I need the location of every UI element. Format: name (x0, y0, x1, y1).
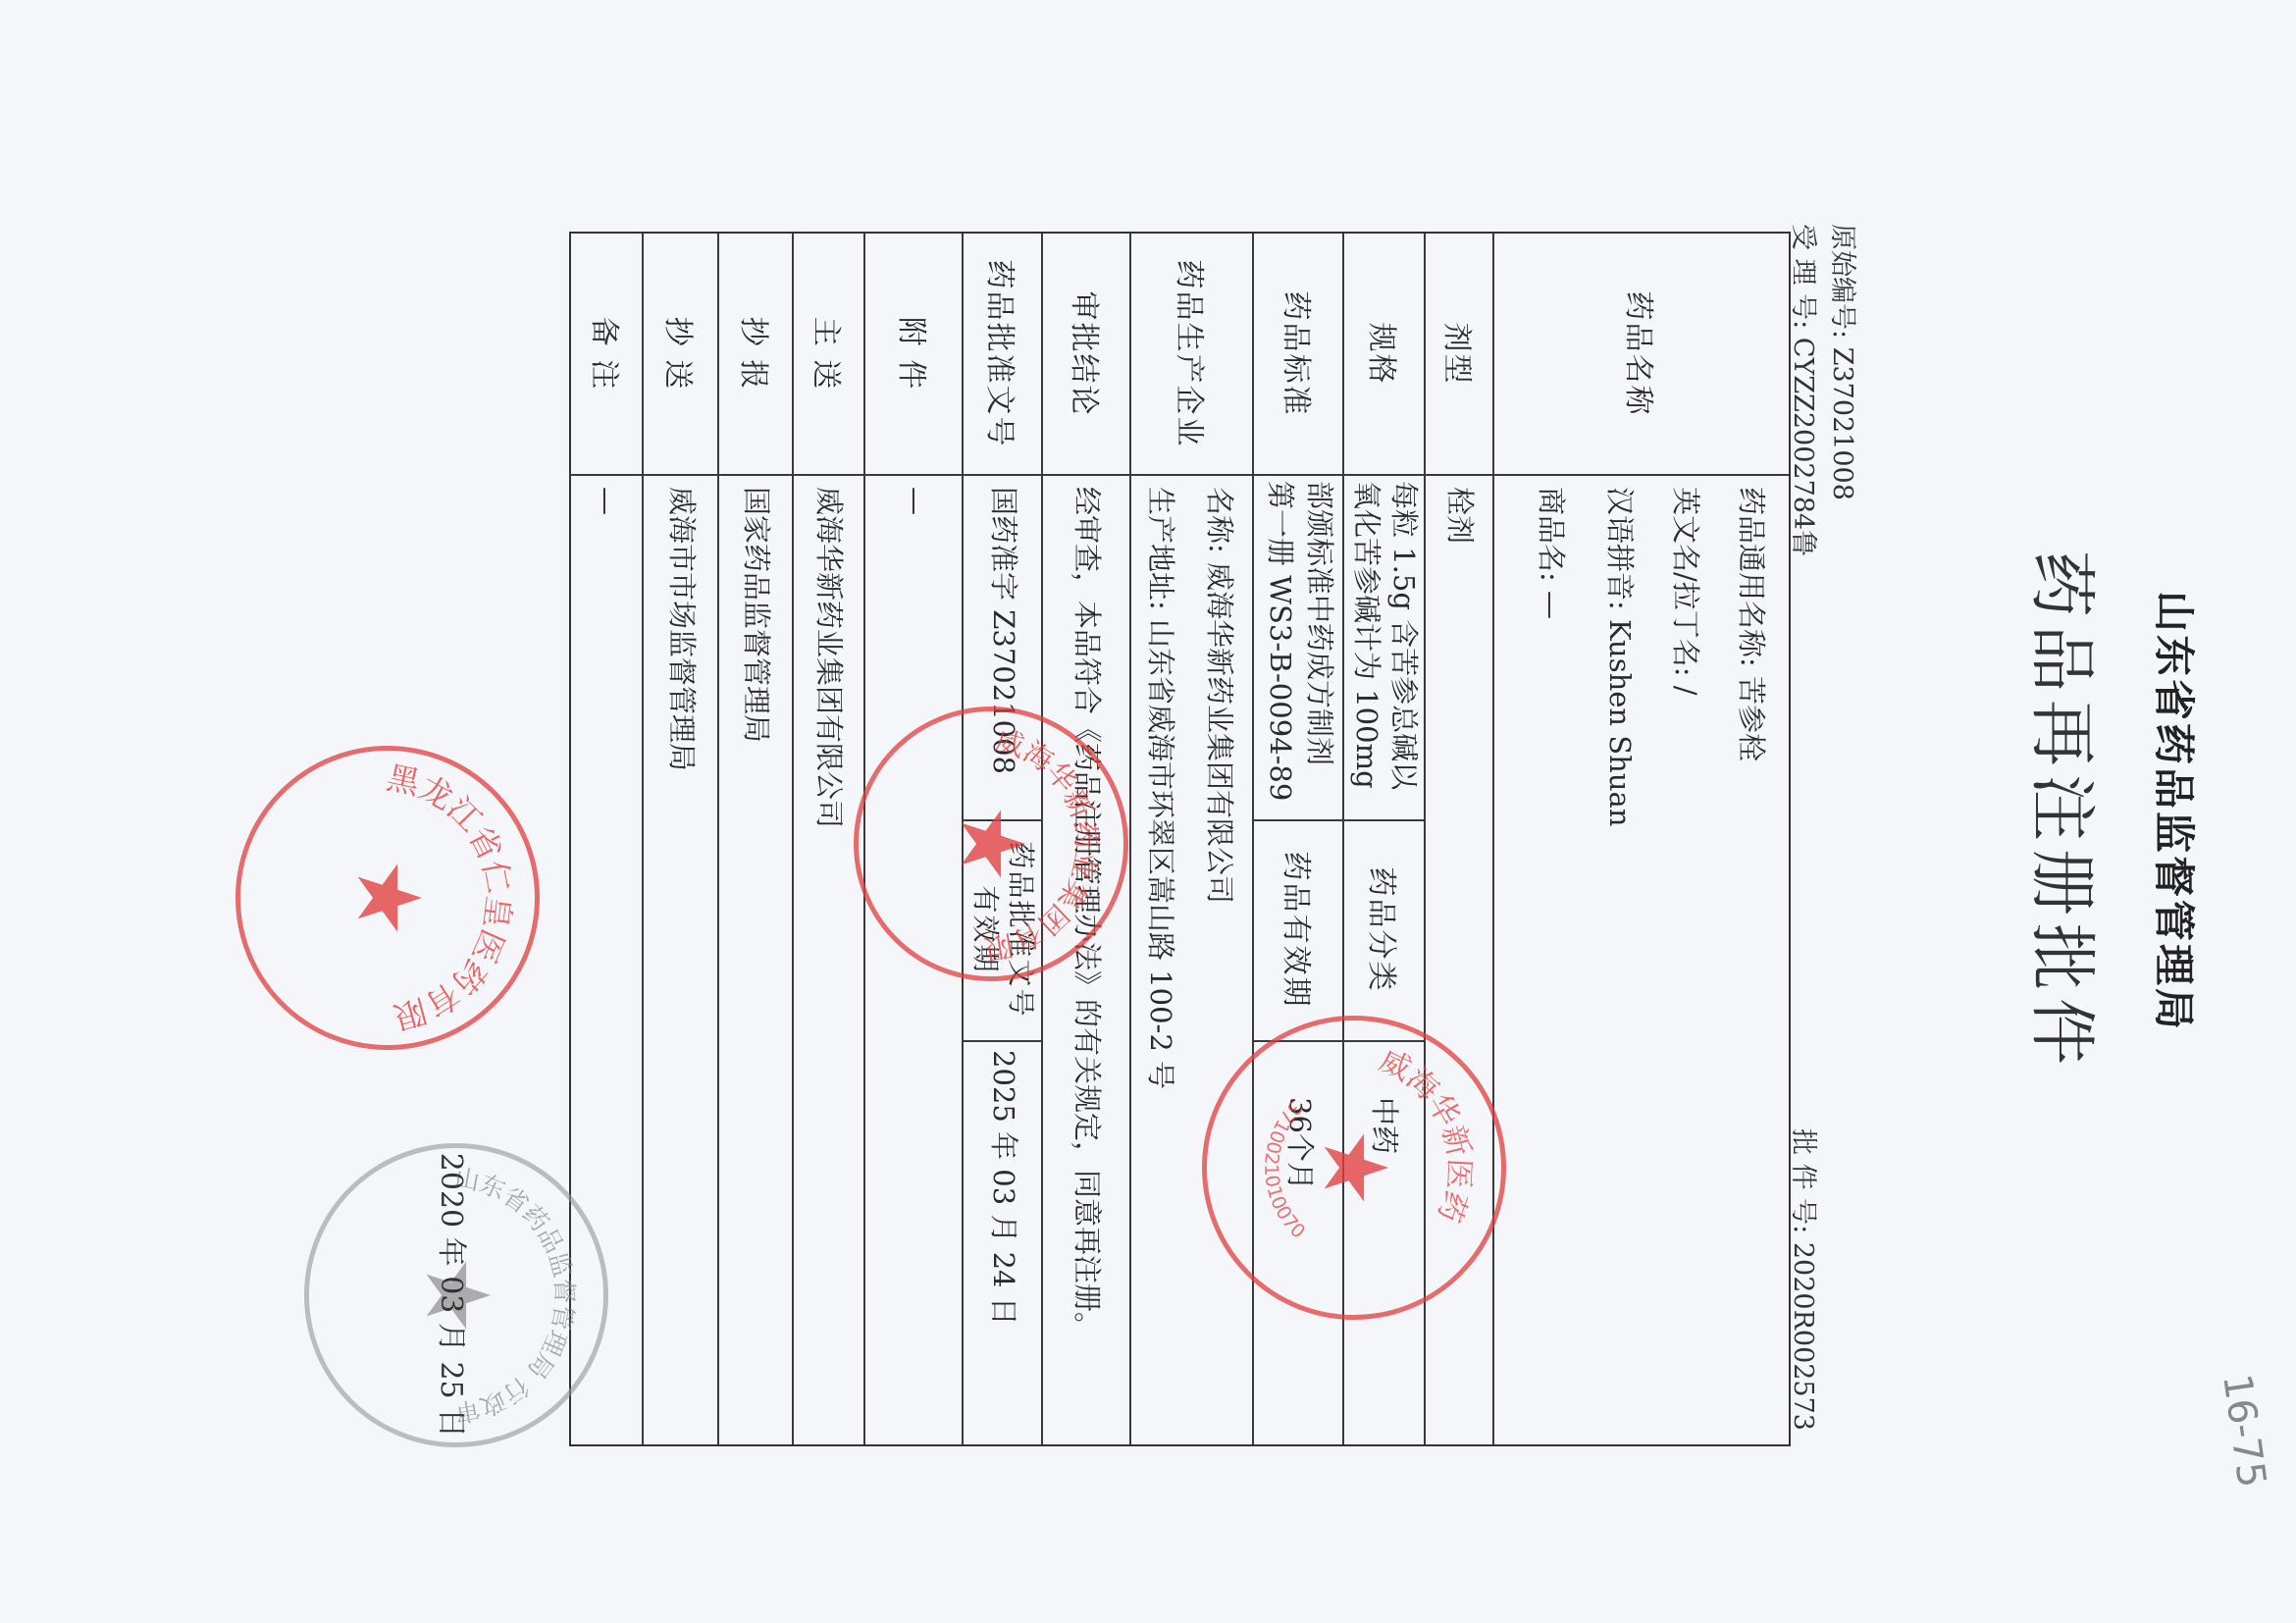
label-attachment: 附 件 (865, 234, 964, 474)
label-main-recipient: 主 送 (794, 234, 865, 474)
distributor-seal-text: 黑龙江省仁皇医药有限公司 (384, 751, 535, 1037)
english-latin-name: 英文名/拉丁名: / (1666, 487, 1705, 696)
manufacturer-seal-text: 威海华新药业集团有限公司 (982, 711, 1123, 966)
label-manufacturer: 药品生产企业 (1131, 234, 1254, 474)
label-drug-name: 药品名称 (1494, 234, 1789, 474)
copy-to-value: 威海市市场监督管理局 (662, 487, 702, 771)
pinyin-name: 汉语拼音: Kushen Shuan (1600, 487, 1640, 827)
main-recipient-value: 威海华新药业集团有限公司 (809, 487, 849, 828)
svg-text:黑龙江省仁皇医药有限公司: 黑龙江省仁皇医药有限公司 (384, 751, 535, 1037)
remarks-value: — (587, 487, 626, 515)
seal-text-ring: 威海华新药业集团有限公司 (859, 711, 1123, 976)
label-value-divider (571, 474, 1789, 476)
pharma-seal-text: 威海华新医药 (1374, 1043, 1477, 1227)
distributor-seal: ★ 黑龙江省仁皇医药有限公司 (235, 746, 540, 1050)
inner-divider (964, 1040, 1043, 1042)
svg-text:3710021010070: 3710021010070 (1260, 1096, 1310, 1243)
acceptance-number-value: CYZZ2002784鲁 (1788, 338, 1818, 556)
label-dosage-form: 剂型 (1426, 234, 1494, 474)
standard-line1: 部颁标准中药成方制剂 (1300, 481, 1339, 765)
manufacturer-address: 生产地址: 山东省威海市环翠区嵩山路 100-2 号 (1141, 487, 1180, 1089)
label-drug-category: 药品分类 (1344, 819, 1426, 1040)
svg-text:威海华新药业集团有限公司: 威海华新药业集团有限公司 (982, 711, 1123, 966)
report-to-value: 国家药品监督管理局 (737, 487, 776, 743)
label-conclusion: 审批结论 (1043, 234, 1131, 474)
approval-validity-value: 2025 年 03 月 24 日 (984, 1050, 1023, 1326)
specification-line2: 氧化苦参碱计为 100mg (1347, 481, 1386, 789)
issue-date: 2020 年 03 月 25 日 (433, 1143, 476, 1447)
original-number-value: Z37021008 (1827, 347, 1857, 500)
original-number-label: 原始编号: (1827, 224, 1857, 339)
manufacturer-name: 名称: 威海华新药业集团有限公司 (1200, 487, 1239, 904)
label-shelf-life: 药品有效期 (1254, 819, 1344, 1040)
handwritten-note: 16-75 (2214, 1371, 2274, 1491)
seal-text-ring: 威海华新医药 3710021010070 (1207, 1021, 1501, 1315)
pharma-seal: ★ 威海华新医药 3710021010070 (1202, 1016, 1506, 1320)
standard-line2: 第一册 WS3-B-0094-89 (1261, 481, 1300, 801)
specification-line1: 每粒 1.5g 含苦参总碱以 (1384, 481, 1424, 790)
pharma-seal-code: 3710021010070 (1260, 1096, 1310, 1243)
label-remarks: 备 注 (571, 234, 644, 474)
label-copy-to: 抄 送 (644, 234, 719, 474)
approval-doc-number-label: 批 件 号: (1788, 1128, 1818, 1233)
document-page: 山东省药品监督管理局 药品再注册批件 原始编号: Z37021008 受 理 号… (0, 0, 2296, 1623)
document-title: 药品再注册批件 (2019, 0, 2114, 1623)
seal-text-ring: 黑龙江省仁皇医药有限公司 (240, 751, 535, 1045)
label-specification: 规格 (1344, 234, 1426, 474)
label-report-to: 抄 报 (719, 234, 794, 474)
issuing-agency: 山东省药品监督管理局 (2147, 0, 2206, 1623)
generic-name: 药品通用名称: 苦参栓 (1732, 487, 1771, 761)
svg-text:威海华新医药: 威海华新医药 (1374, 1043, 1477, 1227)
approval-doc-number-value: 2020R002573 (1788, 1242, 1818, 1431)
manufacturer-seal: ★ 威海华新药业集团有限公司 (854, 707, 1128, 981)
label-approval-number: 药品批准文号 (964, 234, 1043, 474)
acceptance-number-label: 受 理 号: (1788, 224, 1818, 329)
label-drug-standard: 药品标准 (1254, 234, 1344, 474)
acceptance-number: 受 理 号: CYZZ2002784鲁 (1787, 224, 1825, 556)
attachment-value: — (896, 487, 935, 515)
dosage-form-value: 栓剂 (1440, 487, 1480, 544)
approval-doc-number: 批 件 号: 2020R002573 (1787, 1128, 1825, 1431)
approval-table: 药品名称 药品通用名称: 苦参栓 英文名/拉丁名: / 汉语拼音: Kushen… (569, 232, 1791, 1446)
original-number: 原始编号: Z37021008 (1826, 224, 1864, 500)
trade-name: 商品名: — (1532, 487, 1571, 619)
